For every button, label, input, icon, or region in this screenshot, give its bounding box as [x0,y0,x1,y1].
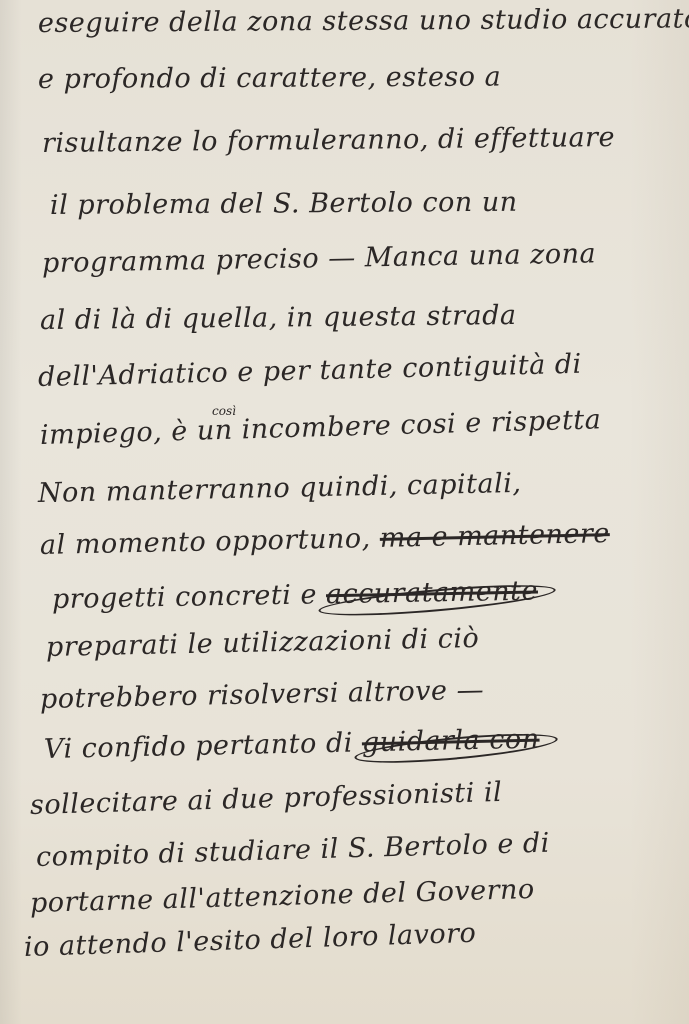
manuscript-line-3: risultanze lo formuleranno, di effettuar… [42,122,615,159]
struck-text: ma e mantenere [379,518,610,554]
manuscript-line-18: io attendo l'esito del loro lavoro [24,918,477,963]
manuscript-line-16: compito di studiare il S. Bertolo e di [36,828,551,873]
manuscript-page: eseguire della zona stessa uno studio ac… [0,0,689,1024]
manuscript-line-10: al momento opportuno, ma e mantenere [40,518,610,561]
manuscript-line-13: potrebbero risolversi altrove — [40,675,485,715]
manuscript-line-9: Non manterranno quindi, capitali, [38,468,522,509]
manuscript-line-7: dell'Adriatico e per tante contiguità di [38,349,582,393]
line-text: progetti concreti e [52,579,317,615]
manuscript-line-6: al di là di quella, in questa strada [40,300,517,336]
manuscript-line-4: il problema del S. Bertolo con un [50,187,518,221]
manuscript-line-5: programma preciso — Manca una zona [42,238,597,279]
manuscript-line-15: sollecitare ai due professionisti il [30,777,503,821]
manuscript-line-17: portarne all'attenzione del Governo [30,874,536,919]
manuscript-line-11: progetti concreti e accuratamente [52,576,538,615]
line-text: Vi confido pertanto di [44,728,353,765]
scribbled-out-text: accuratamente [326,576,538,611]
manuscript-line-14: Vi confido pertanto di guidarla con [44,724,540,765]
manuscript-line-1: eseguire della zona stessa uno studio ac… [38,3,689,39]
manuscript-line-12: preparati le utilizzazioni di ciò [46,623,480,663]
manuscript-line-2: e profondo di carattere, esteso a [38,62,501,95]
scribbled-out-text: guidarla con [362,724,540,759]
line-text: al momento opportuno, [40,523,371,561]
manuscript-line-8: impiego, è un incombere cosi e rispetta [40,404,602,451]
